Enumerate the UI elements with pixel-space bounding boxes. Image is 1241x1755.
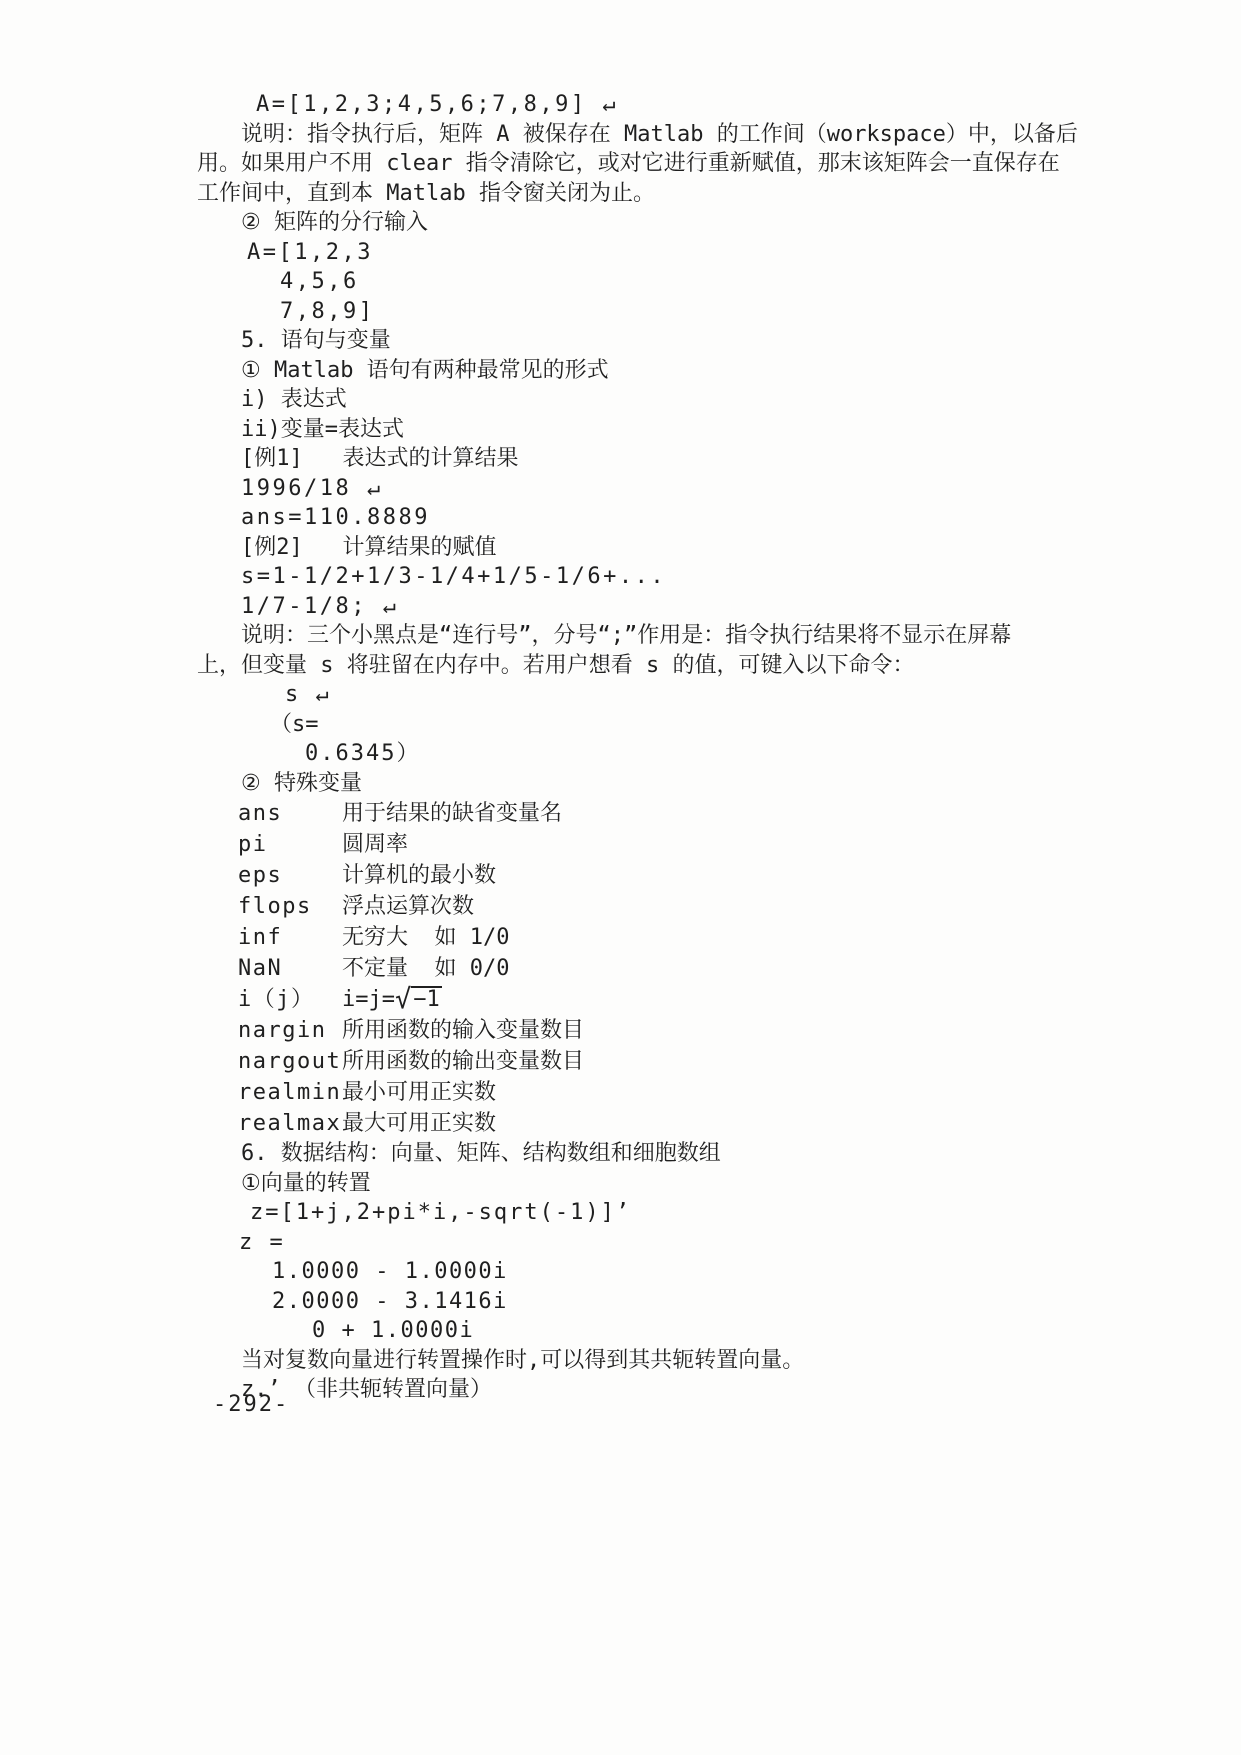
radical-sign: √ [395,984,411,1015]
text-line: 2.0000 - 3.1416i [0,1287,1241,1317]
variable-name: pi [238,832,268,857]
variable-description: 不定量 如 0/0 [342,953,509,984]
text-line: 1996/18 ↵ [0,474,1241,504]
text-line: s ↵ [0,680,1241,710]
variable-name: eps [238,863,282,888]
text-line: 上，但变量 s 将驻留在内存中。若用户想看 s 的值，可键入以下命令： [0,651,1241,681]
text-line: A=[1,2,3;4,5,6;7,8,9] ↵ [0,90,1241,120]
variable-name: nargin [238,1018,326,1043]
variable-name: realmax [238,1111,341,1136]
text-line: A=[1,2,3 [0,238,1241,268]
variable-description: 圆周率 [342,829,408,860]
variable-description: 浮点运算次数 [342,891,474,922]
sqrt-formula: i=j=√−1 [342,984,442,1015]
text-line: （s= [0,710,1241,740]
variable-description: 计算机的最小数 [342,860,496,891]
text-line: ② 矩阵的分行输入 [0,208,1241,238]
document-page: A=[1,2,3;4,5,6;7,8,9] ↵说明：指令执行后，矩阵 A 被保存… [0,0,1241,1755]
formula-prefix: i=j= [342,987,395,1012]
text-line: 用。如果用户不用 clear 指令清除它，或对它进行重新赋值，那末该矩阵会一直保… [0,149,1241,179]
text-line: z.’ （非共轭转置向量） [0,1375,1241,1405]
variable-row: ans用于结果的缺省变量名 [0,798,1241,829]
text-line: 7,8,9] [0,297,1241,327]
variable-row: nargout所用函数的输出变量数目 [0,1046,1241,1077]
text-line: 工作间中，直到本 Matlab 指令窗关闭为止。 [0,179,1241,209]
variable-name: realmin [238,1080,341,1105]
text-line: 5. 语句与变量 [0,326,1241,356]
text-line: 1/7-1/8; ↵ [0,592,1241,622]
variable-row: realmax最大可用正实数 [0,1108,1241,1139]
text-line: i) 表达式 [0,385,1241,415]
variable-name: inf [238,925,282,950]
radicand: −1 [411,986,442,1012]
text-line: 0.6345） [0,739,1241,769]
variable-row: realmin最小可用正实数 [0,1077,1241,1108]
text-line: ii)变量=表达式 [0,415,1241,445]
text-line: 说明：指令执行后，矩阵 A 被保存在 Matlab 的工作间（workspace… [0,120,1241,150]
variable-row: flops浮点运算次数 [0,891,1241,922]
variable-description: 用于结果的缺省变量名 [342,798,562,829]
variable-row: i（j）i=j=√−1 [0,984,1241,1015]
variable-row: pi圆周率 [0,829,1241,860]
variable-description: 无穷大 如 1/0 [342,922,509,953]
text-line: 4,5,6 [0,267,1241,297]
text-line: ① Matlab 语句有两种最常见的形式 [0,356,1241,386]
text-line: z = [0,1228,1241,1258]
text-line: ①向量的转置 [0,1169,1241,1199]
variable-description: 最大可用正实数 [342,1108,496,1139]
text-line: ans=110.8889 [0,503,1241,533]
variable-row: eps计算机的最小数 [0,860,1241,891]
variable-name: ans [238,801,282,826]
text-line: z=[1+j,2+pi*i,-sqrt(-1)]’ [0,1198,1241,1228]
variable-description: 所用函数的输入变量数目 [342,1015,584,1046]
variable-name: i（j） [238,987,315,1012]
variable-row: inf无穷大 如 1/0 [0,922,1241,953]
variable-name: flops [238,894,312,919]
variable-description: 最小可用正实数 [342,1077,496,1108]
text-line: 1.0000 - 1.0000i [0,1257,1241,1287]
variable-row: nargin所用函数的输入变量数目 [0,1015,1241,1046]
variable-name: nargout [238,1049,341,1074]
text-line: [例1] 表达式的计算结果 [0,444,1241,474]
variable-row: NaN不定量 如 0/0 [0,953,1241,984]
text-line: 6. 数据结构：向量、矩阵、结构数组和细胞数组 [0,1139,1241,1169]
text-line: ② 特殊变量 [0,769,1241,799]
variable-description: 所用函数的输出变量数目 [342,1046,584,1077]
text-line: [例2] 计算结果的赋值 [0,533,1241,563]
text-line: s=1-1/2+1/3-1/4+1/5-1/6+... [0,562,1241,592]
page-number: -292- [213,1392,289,1417]
document-body: A=[1,2,3;4,5,6;7,8,9] ↵说明：指令执行后，矩阵 A 被保存… [0,0,1241,1405]
text-line: 说明：三个小黑点是“连行号”，分号“;”作用是：指令执行结果将不显示在屏幕 [0,621,1241,651]
text-line: 0 + 1.0000i [0,1316,1241,1346]
text-line: 当对复数向量进行转置操作时,可以得到其共轭转置向量。 [0,1346,1241,1376]
variable-name: NaN [238,956,282,981]
